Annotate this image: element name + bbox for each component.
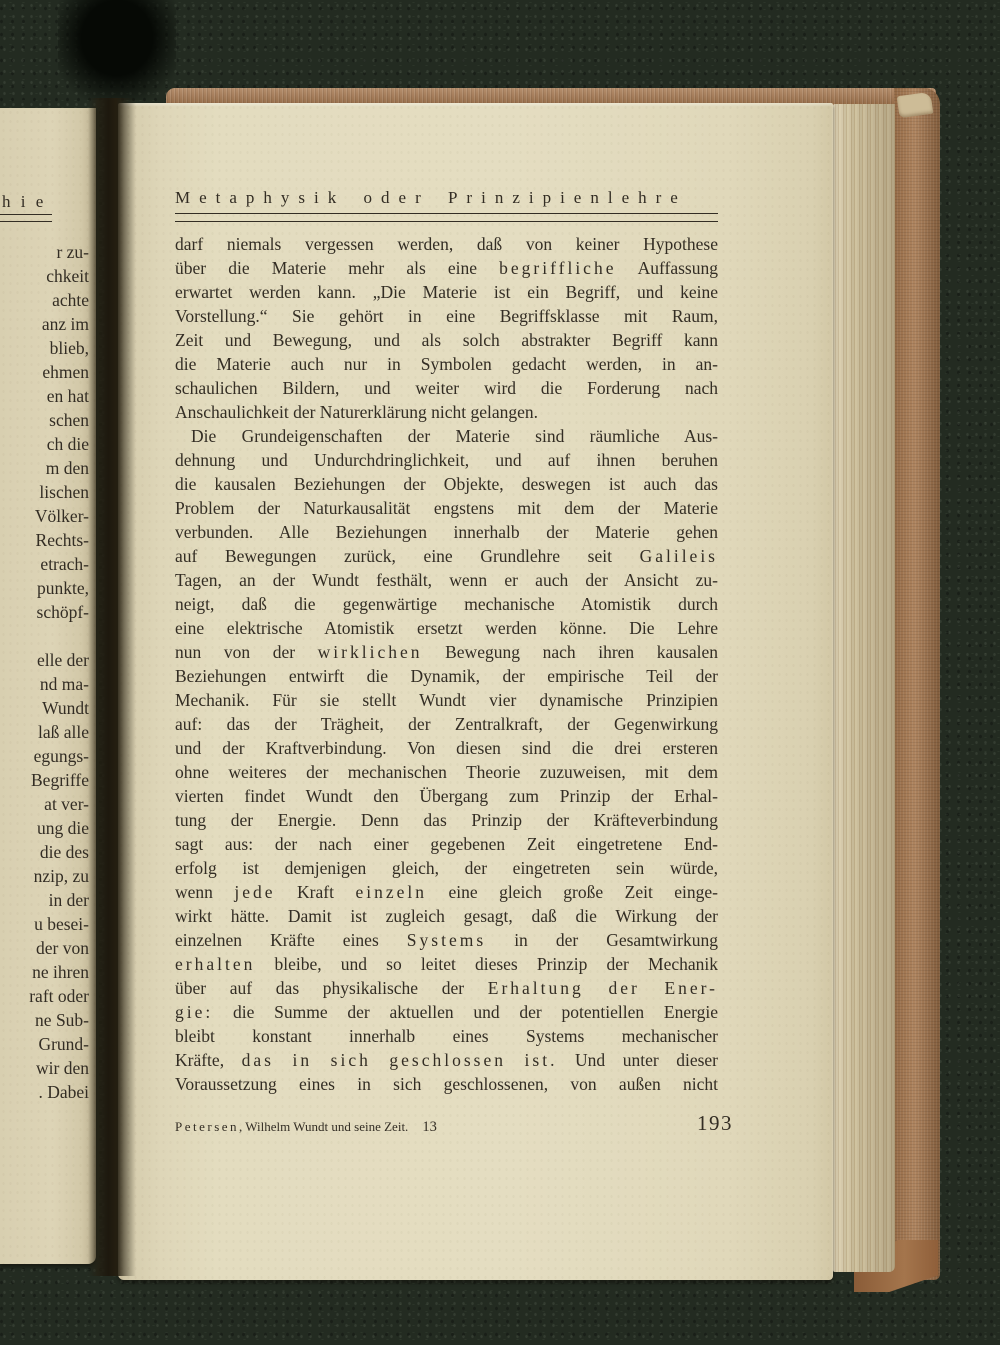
left-text-line-fragment — [0, 626, 96, 650]
header-rule — [175, 213, 718, 222]
running-header: Metaphysik oder Prinzipienlehre — [175, 188, 723, 208]
text-line: und der Kraftverbindung. Von diesen sind… — [175, 738, 718, 762]
footer: Petersen, Wilhelm Wundt und seine Zeit.1… — [175, 1111, 733, 1136]
text-line: ohne weiteres der mechanischen Theorie z… — [175, 762, 718, 786]
left-text-line-fragment: raft oder — [0, 986, 96, 1010]
left-text-line-fragment: wir den — [0, 1058, 96, 1082]
text-line: auf: das der Trägheit, der Zentralkraft,… — [175, 714, 718, 738]
text-line: wirkt hätte. Damit ist zugleich gesagt, … — [175, 906, 718, 930]
spine-shadow — [58, 0, 176, 100]
text-line: Problem der Naturkausalität engstens mit… — [175, 498, 718, 522]
left-text-line-fragment: ung die — [0, 818, 96, 842]
text-line: Anschaulichkeit der Naturerklärung nicht… — [175, 402, 718, 426]
left-text-line-fragment: elle der — [0, 650, 96, 674]
text-line: die kausalen Beziehungen der Objekte, de… — [175, 474, 718, 498]
text-line: tung der Energie. Denn das Prinzip der K… — [175, 810, 718, 834]
text-line: Zeit und Bewegung, und als solch abstrak… — [175, 330, 718, 354]
left-text-line-fragment: Begriffe — [0, 770, 96, 794]
left-page-lines: r zu-chkeitachteanz imblieb,ehmenen hats… — [0, 242, 96, 1106]
text-line: sagt aus: der nach einer gegebenen Zeit … — [175, 834, 718, 858]
sheet-number: 13 — [422, 1119, 437, 1135]
text-line: bleibt konstant innerhalb eines Systems … — [175, 1026, 718, 1050]
left-text-line-fragment: der von — [0, 938, 96, 962]
left-text-line-fragment: achte — [0, 290, 96, 314]
left-text-line-fragment: blieb, — [0, 338, 96, 362]
text-line: schaulichen Bildern, und weiter wird die… — [175, 378, 718, 402]
body-text: darf niemals vergessen werden, daß von k… — [175, 234, 718, 1098]
left-text-line-fragment: nzip, zu — [0, 866, 96, 890]
left-page: h i e r zu-chkeitachteanz imblieb,ehmene… — [0, 108, 96, 1264]
left-text-line-fragment: ne ihren — [0, 962, 96, 986]
text-line: Kräfte, das in sich geschlossen ist. Und… — [175, 1050, 718, 1074]
left-text-line-fragment: punkte, — [0, 578, 96, 602]
left-running-header-fragment: h i e — [2, 192, 47, 212]
book-cover-right-edge — [894, 88, 940, 1280]
text-line: über die Materie mehr als eine begriffli… — [175, 258, 718, 282]
left-text-line-fragment: ch die — [0, 434, 96, 458]
text-line: Vorstellung.“ Sie gehört in eine Begriff… — [175, 306, 718, 330]
left-text-line-fragment: chkeit — [0, 266, 96, 290]
text-line: darf niemals vergessen werden, daß von k… — [175, 234, 718, 258]
text-line: neigt, daß die gegenwärtige mechanische … — [175, 594, 718, 618]
text-line: erwartet werden kann. „Die Materie ist e… — [175, 282, 718, 306]
footer-book-title: , Wilhelm Wundt und seine Zeit. — [239, 1119, 408, 1134]
text-line: vierten findet Wundt den Übergang zum Pr… — [175, 786, 718, 810]
left-text-line-fragment: en hat — [0, 386, 96, 410]
right-page: Metaphysik oder Prinzipienlehre darf nie… — [118, 103, 833, 1280]
left-text-line-fragment: . Dabei — [0, 1082, 96, 1106]
text-line: nun von der wirklichen Bewegung nach ihr… — [175, 642, 718, 666]
left-text-line-fragment: m den — [0, 458, 96, 482]
left-text-line-fragment: u besei- — [0, 914, 96, 938]
left-text-line-fragment: r zu- — [0, 242, 96, 266]
left-text-line-fragment: Völker- — [0, 506, 96, 530]
text-line: eine elektrische Atomistik ersetzt werde… — [175, 618, 718, 642]
left-text-line-fragment: ehmen — [0, 362, 96, 386]
page-number: 193 — [697, 1111, 733, 1136]
left-text-line-fragment: at ver- — [0, 794, 96, 818]
left-text-line-fragment: laß alle — [0, 722, 96, 746]
text-line: über auf das physikalische der Erhaltung… — [175, 978, 718, 1002]
text-line: erhalten bleibe, und so leitet dieses Pr… — [175, 954, 718, 978]
left-text-line-fragment: egungs- — [0, 746, 96, 770]
left-text-line-fragment: lischen — [0, 482, 96, 506]
text-line: Die Grundeigenschaften der Materie sind … — [175, 426, 718, 450]
left-text-line-fragment: nd ma- — [0, 674, 96, 698]
cover-corner-paper-chip — [897, 92, 934, 119]
text-line: gie: die Summe der aktuellen und der pot… — [175, 1002, 718, 1026]
left-header-rule — [0, 214, 52, 222]
left-text-line-fragment: Wundt — [0, 698, 96, 722]
text-line: erfolg ist demjenigen gleich, der einget… — [175, 858, 718, 882]
text-line: die Materie auch nur in Symbolen gedacht… — [175, 354, 718, 378]
left-text-line-fragment: etrach- — [0, 554, 96, 578]
text-line: Beziehungen entwirft die Dynamik, der em… — [175, 666, 718, 690]
left-text-line-fragment: die des — [0, 842, 96, 866]
text-line: Voraussetzung eines in sich geschlossene… — [175, 1074, 718, 1098]
text-line: dehnung und Undurchdringlichkeit, und au… — [175, 450, 718, 474]
left-text-line-fragment: ne Sub- — [0, 1010, 96, 1034]
left-text-line-fragment: schen — [0, 410, 96, 434]
left-text-line-fragment: anz im — [0, 314, 96, 338]
left-text-line-fragment: schöpf- — [0, 602, 96, 626]
text-line: wenn jede Kraft einzeln eine gleich groß… — [175, 882, 718, 906]
text-line: verbunden. Alle Beziehungen innerhalb de… — [175, 522, 718, 546]
text-line: Tagen, an der Wundt festhält, wenn er au… — [175, 570, 718, 594]
text-line: Mechanik. Für sie stellt Wundt vier dyna… — [175, 690, 718, 714]
left-text-line-fragment: Rechts- — [0, 530, 96, 554]
text-line: einzelnen Kräfte eines Systems in der Ge… — [175, 930, 718, 954]
left-text-line-fragment: in der — [0, 890, 96, 914]
footer-signature: Petersen, Wilhelm Wundt und seine Zeit.1… — [175, 1119, 437, 1136]
left-text-line-fragment: Grund- — [0, 1034, 96, 1058]
page-stack-fore-edge — [833, 104, 895, 1272]
footer-author: Petersen — [175, 1119, 239, 1134]
scanner-background: h i e r zu-chkeitachteanz imblieb,ehmene… — [0, 0, 1000, 1345]
text-line: auf Bewegungen zurück, eine Grundlehre s… — [175, 546, 718, 570]
